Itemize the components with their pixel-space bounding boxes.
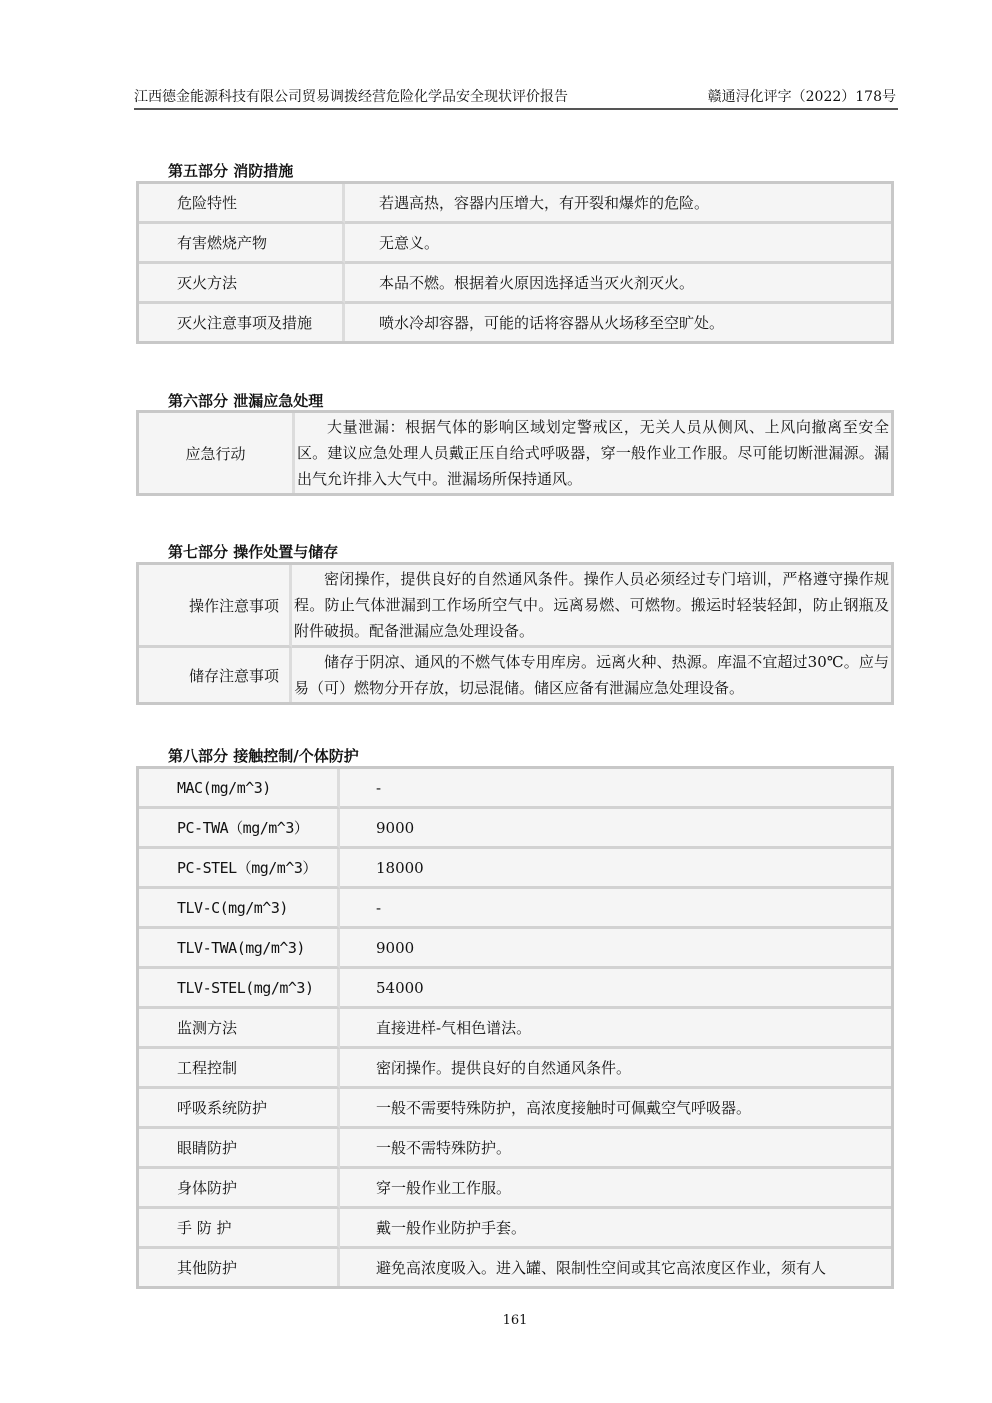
row-value: 喷水冷却容器，可能的话将容器从火场移至空旷处。 [345, 304, 891, 341]
table-row: 呼吸系统防护一般不需要特殊防护，高浓度接触时可佩戴空气呼吸器。 [139, 1089, 891, 1129]
table-row: TLV-TWA(mg/m^3)9000 [139, 929, 891, 969]
table-row: PC-STEL（mg/m^3）18000 [139, 849, 891, 889]
table-row: TLV-C(mg/m^3)- [139, 889, 891, 929]
page-number: 161 [0, 1313, 992, 1328]
row-key: 危险特性 [139, 184, 345, 224]
table-row: 监测方法直接进样-气相色谱法。 [139, 1009, 891, 1049]
document-number: 赣通浔化评字（2022）178号 [708, 88, 896, 106]
table-row: PC-TWA（mg/m^3）9000 [139, 809, 891, 849]
table-row: 工程控制密闭操作。提供良好的自然通风条件。 [139, 1049, 891, 1089]
table-row: 其他防护避免高浓度吸入。进入罐、限制性空间或其它高浓度区作业，须有人 [139, 1249, 891, 1286]
row-key: 呼吸系统防护 [139, 1089, 340, 1129]
row-value: 密闭操作。提供良好的自然通风条件。 [340, 1049, 891, 1089]
row-key: 监测方法 [139, 1009, 340, 1049]
row-key: 应急行动 [139, 413, 295, 493]
leak-response-table: 应急行动 大量泄漏：根据气体的影响区域划定警戒区，无关人员从侧风、上风向撤离至安… [136, 410, 894, 496]
row-value: 无意义。 [345, 224, 891, 264]
table-row: 有害燃烧产物 无意义。 [139, 224, 891, 264]
row-value: 一般不需要特殊防护，高浓度接触时可佩戴空气呼吸器。 [340, 1089, 891, 1129]
section-title-exposure-control: 第八部分 接触控制/个体防护 [168, 745, 359, 766]
exposure-control-table: MAC(mg/m^3)- PC-TWA（mg/m^3）9000 PC-STEL（… [136, 766, 894, 1289]
table-row: 储存注意事项 储存于阴凉、通风的不燃气体专用库房。远离火种、热源。库温不宜超过3… [139, 648, 891, 702]
table-row: 应急行动 大量泄漏：根据气体的影响区域划定警戒区，无关人员从侧风、上风向撤离至安… [139, 413, 891, 493]
row-key: 灭火注意事项及措施 [139, 304, 345, 341]
row-value: 54000 [340, 969, 891, 1009]
section-title-leak-response: 第六部分 泄漏应急处理 [168, 390, 323, 411]
row-key: 手 防 护 [139, 1209, 340, 1249]
row-value: 穿一般作业工作服。 [340, 1169, 891, 1209]
row-key: 工程控制 [139, 1049, 340, 1089]
row-key: 有害燃烧产物 [139, 224, 345, 264]
row-key: 储存注意事项 [139, 648, 292, 702]
row-key: TLV-STEL(mg/m^3) [139, 969, 340, 1009]
row-key: PC-STEL（mg/m^3） [139, 849, 340, 889]
table-row: 手 防 护戴一般作业防护手套。 [139, 1209, 891, 1249]
table-row: TLV-STEL(mg/m^3)54000 [139, 969, 891, 1009]
row-key: PC-TWA（mg/m^3） [139, 809, 340, 849]
row-value: 储存于阴凉、通风的不燃气体专用库房。远离火种、热源。库温不宜超过30℃。应与易（… [292, 648, 891, 702]
table-row: 操作注意事项 密闭操作，提供良好的自然通风条件。操作人员必须经过专门培训，严格遵… [139, 565, 891, 648]
table-row: 眼睛防护一般不需特殊防护。 [139, 1129, 891, 1169]
row-value: 大量泄漏：根据气体的影响区域划定警戒区，无关人员从侧风、上风向撤离至安全区。建议… [295, 413, 891, 493]
header-divider [134, 108, 898, 110]
row-value: 戴一般作业防护手套。 [340, 1209, 891, 1249]
table-row: 危险特性 若遇高热，容器内压增大，有开裂和爆炸的危险。 [139, 184, 891, 224]
row-key: TLV-TWA(mg/m^3) [139, 929, 340, 969]
row-key: 身体防护 [139, 1169, 340, 1209]
row-value: 密闭操作，提供良好的自然通风条件。操作人员必须经过专门培训，严格遵守操作规程。防… [292, 565, 891, 648]
row-value: 本品不燃。根据着火原因选择适当灭火剂灭火。 [345, 264, 891, 304]
row-value: 若遇高热，容器内压增大，有开裂和爆炸的危险。 [345, 184, 891, 224]
table-row: 身体防护穿一般作业工作服。 [139, 1169, 891, 1209]
table-row: 灭火注意事项及措施 喷水冷却容器，可能的话将容器从火场移至空旷处。 [139, 304, 891, 341]
page-header: 江西德金能源科技有限公司贸易调拨经营危险化学品安全现状评价报告 赣通浔化评字（2… [134, 88, 896, 110]
handling-storage-table: 操作注意事项 密闭操作，提供良好的自然通风条件。操作人员必须经过专门培训，严格遵… [136, 562, 894, 705]
table-row: MAC(mg/m^3)- [139, 769, 891, 809]
fire-fighting-table: 危险特性 若遇高热，容器内压增大，有开裂和爆炸的危险。 有害燃烧产物 无意义。 … [136, 181, 894, 344]
row-key: 其他防护 [139, 1249, 340, 1286]
section-title-fire-fighting: 第五部分 消防措施 [168, 160, 293, 181]
section-title-handling-storage: 第七部分 操作处置与储存 [168, 541, 338, 562]
row-value: 直接进样-气相色谱法。 [340, 1009, 891, 1049]
row-value: 9000 [340, 809, 891, 849]
row-value: 18000 [340, 849, 891, 889]
row-key: 灭火方法 [139, 264, 345, 304]
row-value: 一般不需特殊防护。 [340, 1129, 891, 1169]
row-key: 操作注意事项 [139, 565, 292, 648]
row-value: 9000 [340, 929, 891, 969]
row-key: 眼睛防护 [139, 1129, 340, 1169]
row-value: 避免高浓度吸入。进入罐、限制性空间或其它高浓度区作业，须有人 [340, 1249, 891, 1286]
report-title: 江西德金能源科技有限公司贸易调拨经营危险化学品安全现状评价报告 [134, 88, 568, 106]
row-key: MAC(mg/m^3) [139, 769, 340, 809]
row-value: - [340, 889, 891, 929]
row-key: TLV-C(mg/m^3) [139, 889, 340, 929]
table-row: 灭火方法 本品不燃。根据着火原因选择适当灭火剂灭火。 [139, 264, 891, 304]
row-value: - [340, 769, 891, 809]
